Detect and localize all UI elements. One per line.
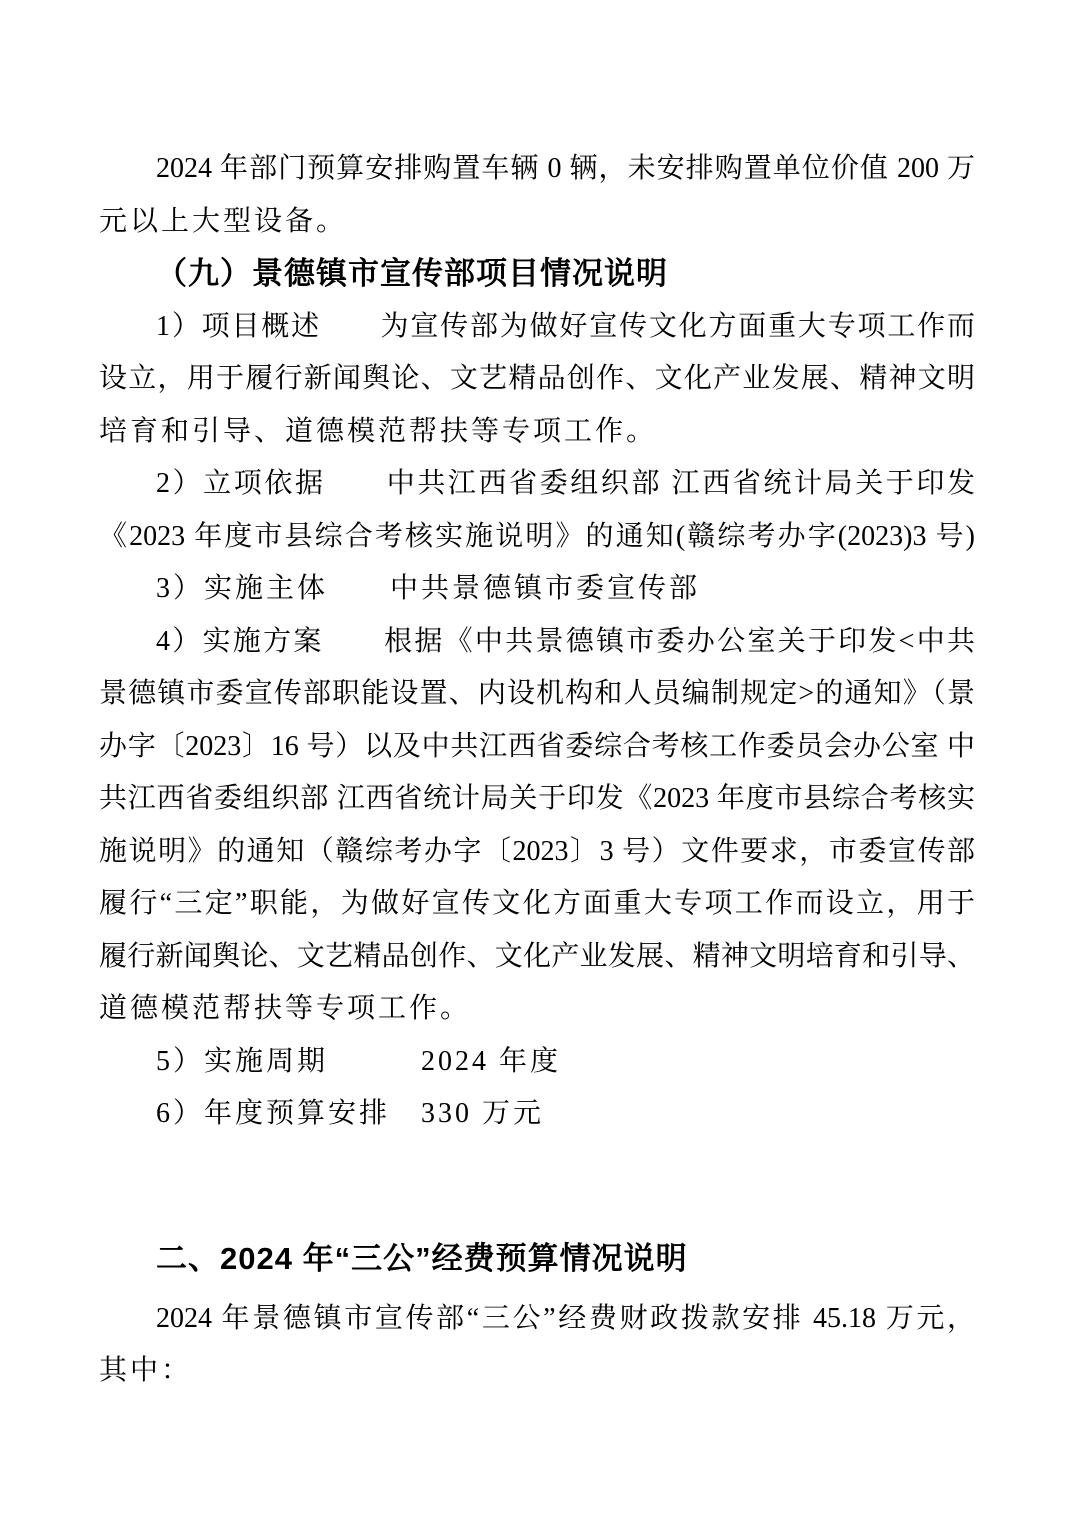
text-line: 《2023 年度市县综合考核实施说明》的通知(赣综考办字(2023)3 号)	[99, 510, 975, 563]
text-line: 培育和引导、道德模范帮扶等专项工作。	[99, 405, 975, 458]
text-line: 元以上大型设备。	[99, 195, 975, 248]
document-page: 2024 年部门预算安排购置车辆 0 辆，未安排购置单位价值 200 万元以上大…	[0, 0, 1074, 1520]
text-line: 共江西省委组织部 江西省统计局关于印发《2023 年度市县综合考核实	[99, 772, 975, 825]
text-line: 2024 年景德镇市宣传部“三公”经费财政拨款安排 45.18 万元，	[99, 1292, 975, 1345]
text-line: 履行新闻舆论、文艺精品创作、文化产业发展、精神文明培育和引导、	[99, 930, 975, 983]
text-line: 1）项目概述 为宣传部为做好宣传文化方面重大专项工作而	[99, 300, 975, 353]
section-heading: 二、2024 年“三公”经费预算情况说明	[99, 1232, 975, 1285]
text-line: 6）年度预算安排 330 万元	[99, 1087, 975, 1140]
text-line: 2）立项依据 中共江西省委组织部 江西省统计局关于印发	[99, 457, 975, 510]
text-line: 道德模范帮扶等专项工作。	[99, 982, 975, 1035]
text-line: 4）实施方案 根据《中共景德镇市委办公室关于印发<中共	[99, 615, 975, 668]
document-content: 2024 年部门预算安排购置车辆 0 辆，未安排购置单位价值 200 万元以上大…	[0, 0, 1074, 1520]
text-line: 履行“三定”职能，为做好宣传文化方面重大专项工作而设立，用于	[99, 877, 975, 930]
text-line: 其中：	[99, 1344, 975, 1397]
text-line: 设立，用于履行新闻舆论、文艺精品创作、文化产业发展、精神文明	[99, 352, 975, 405]
text-line: 景德镇市委宣传部职能设置、内设机构和人员编制规定>的通知》（景	[99, 667, 975, 720]
text-line: 施说明》的通知（赣综考办字〔2023〕3 号）文件要求，市委宣传部	[99, 825, 975, 878]
text-line: 5）实施周期 2024 年度	[99, 1035, 975, 1088]
text-line: 3）实施主体 中共景德镇市委宣传部	[99, 562, 975, 615]
text-line: 2024 年部门预算安排购置车辆 0 辆，未安排购置单位价值 200 万	[99, 142, 975, 195]
text-line: 办字〔2023〕16 号）以及中共江西省委综合考核工作委员会办公室 中	[99, 720, 975, 773]
subsection-heading: （九）景德镇市宣传部项目情况说明	[99, 247, 975, 300]
